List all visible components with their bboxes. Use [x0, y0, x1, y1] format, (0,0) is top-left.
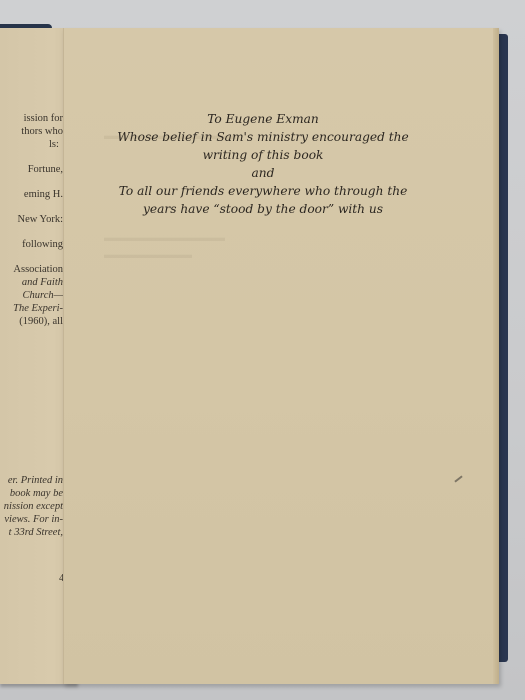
left-text-line: er. Printed in [0, 474, 63, 487]
left-text-line: ls: [0, 138, 63, 151]
dedication-line: Whose belief in Sam's ministry encourage… [63, 128, 463, 146]
left-page-permissions-text: ission for thors who ls: Fortune, eming … [0, 112, 63, 328]
dedication: To Eugene Exman Whose belief in Sam's mi… [63, 110, 463, 218]
left-page-copyright-text: er. Printed in book may be nission excep… [0, 474, 63, 539]
page-fore-edge [493, 28, 499, 684]
dedication-line: To all our friends everywhere who throug… [63, 182, 463, 200]
left-text-line: Church— [0, 289, 63, 302]
left-text-line: book may be [0, 487, 63, 500]
left-text-line: t 33rd Street, [0, 526, 63, 539]
left-text-line: nission except [0, 500, 63, 513]
dedication-line: and [63, 164, 463, 182]
left-text-line: thors who [0, 125, 63, 138]
dedication-line: years have “stood by the door” with us [63, 200, 463, 218]
pencil-mark [454, 475, 462, 482]
left-text-line: and Faith [0, 276, 63, 289]
dedication-line: writing of this book [63, 146, 463, 164]
left-text-line: ission for [0, 112, 63, 125]
left-page-folio: 4 [0, 572, 63, 585]
left-text-line: Association [0, 263, 63, 276]
left-text-line: following [0, 238, 63, 251]
left-text-line: Fortune, [0, 163, 63, 176]
left-text-line: New York: [0, 213, 63, 226]
page-number: 4 [0, 572, 63, 585]
left-text-line: views. For in- [0, 513, 63, 526]
left-text-line: eming H. [0, 188, 63, 201]
left-text-line: (1960), all [0, 315, 63, 328]
dedication-line: To Eugene Exman [63, 110, 463, 128]
left-text-line: The Experi- [0, 302, 63, 315]
